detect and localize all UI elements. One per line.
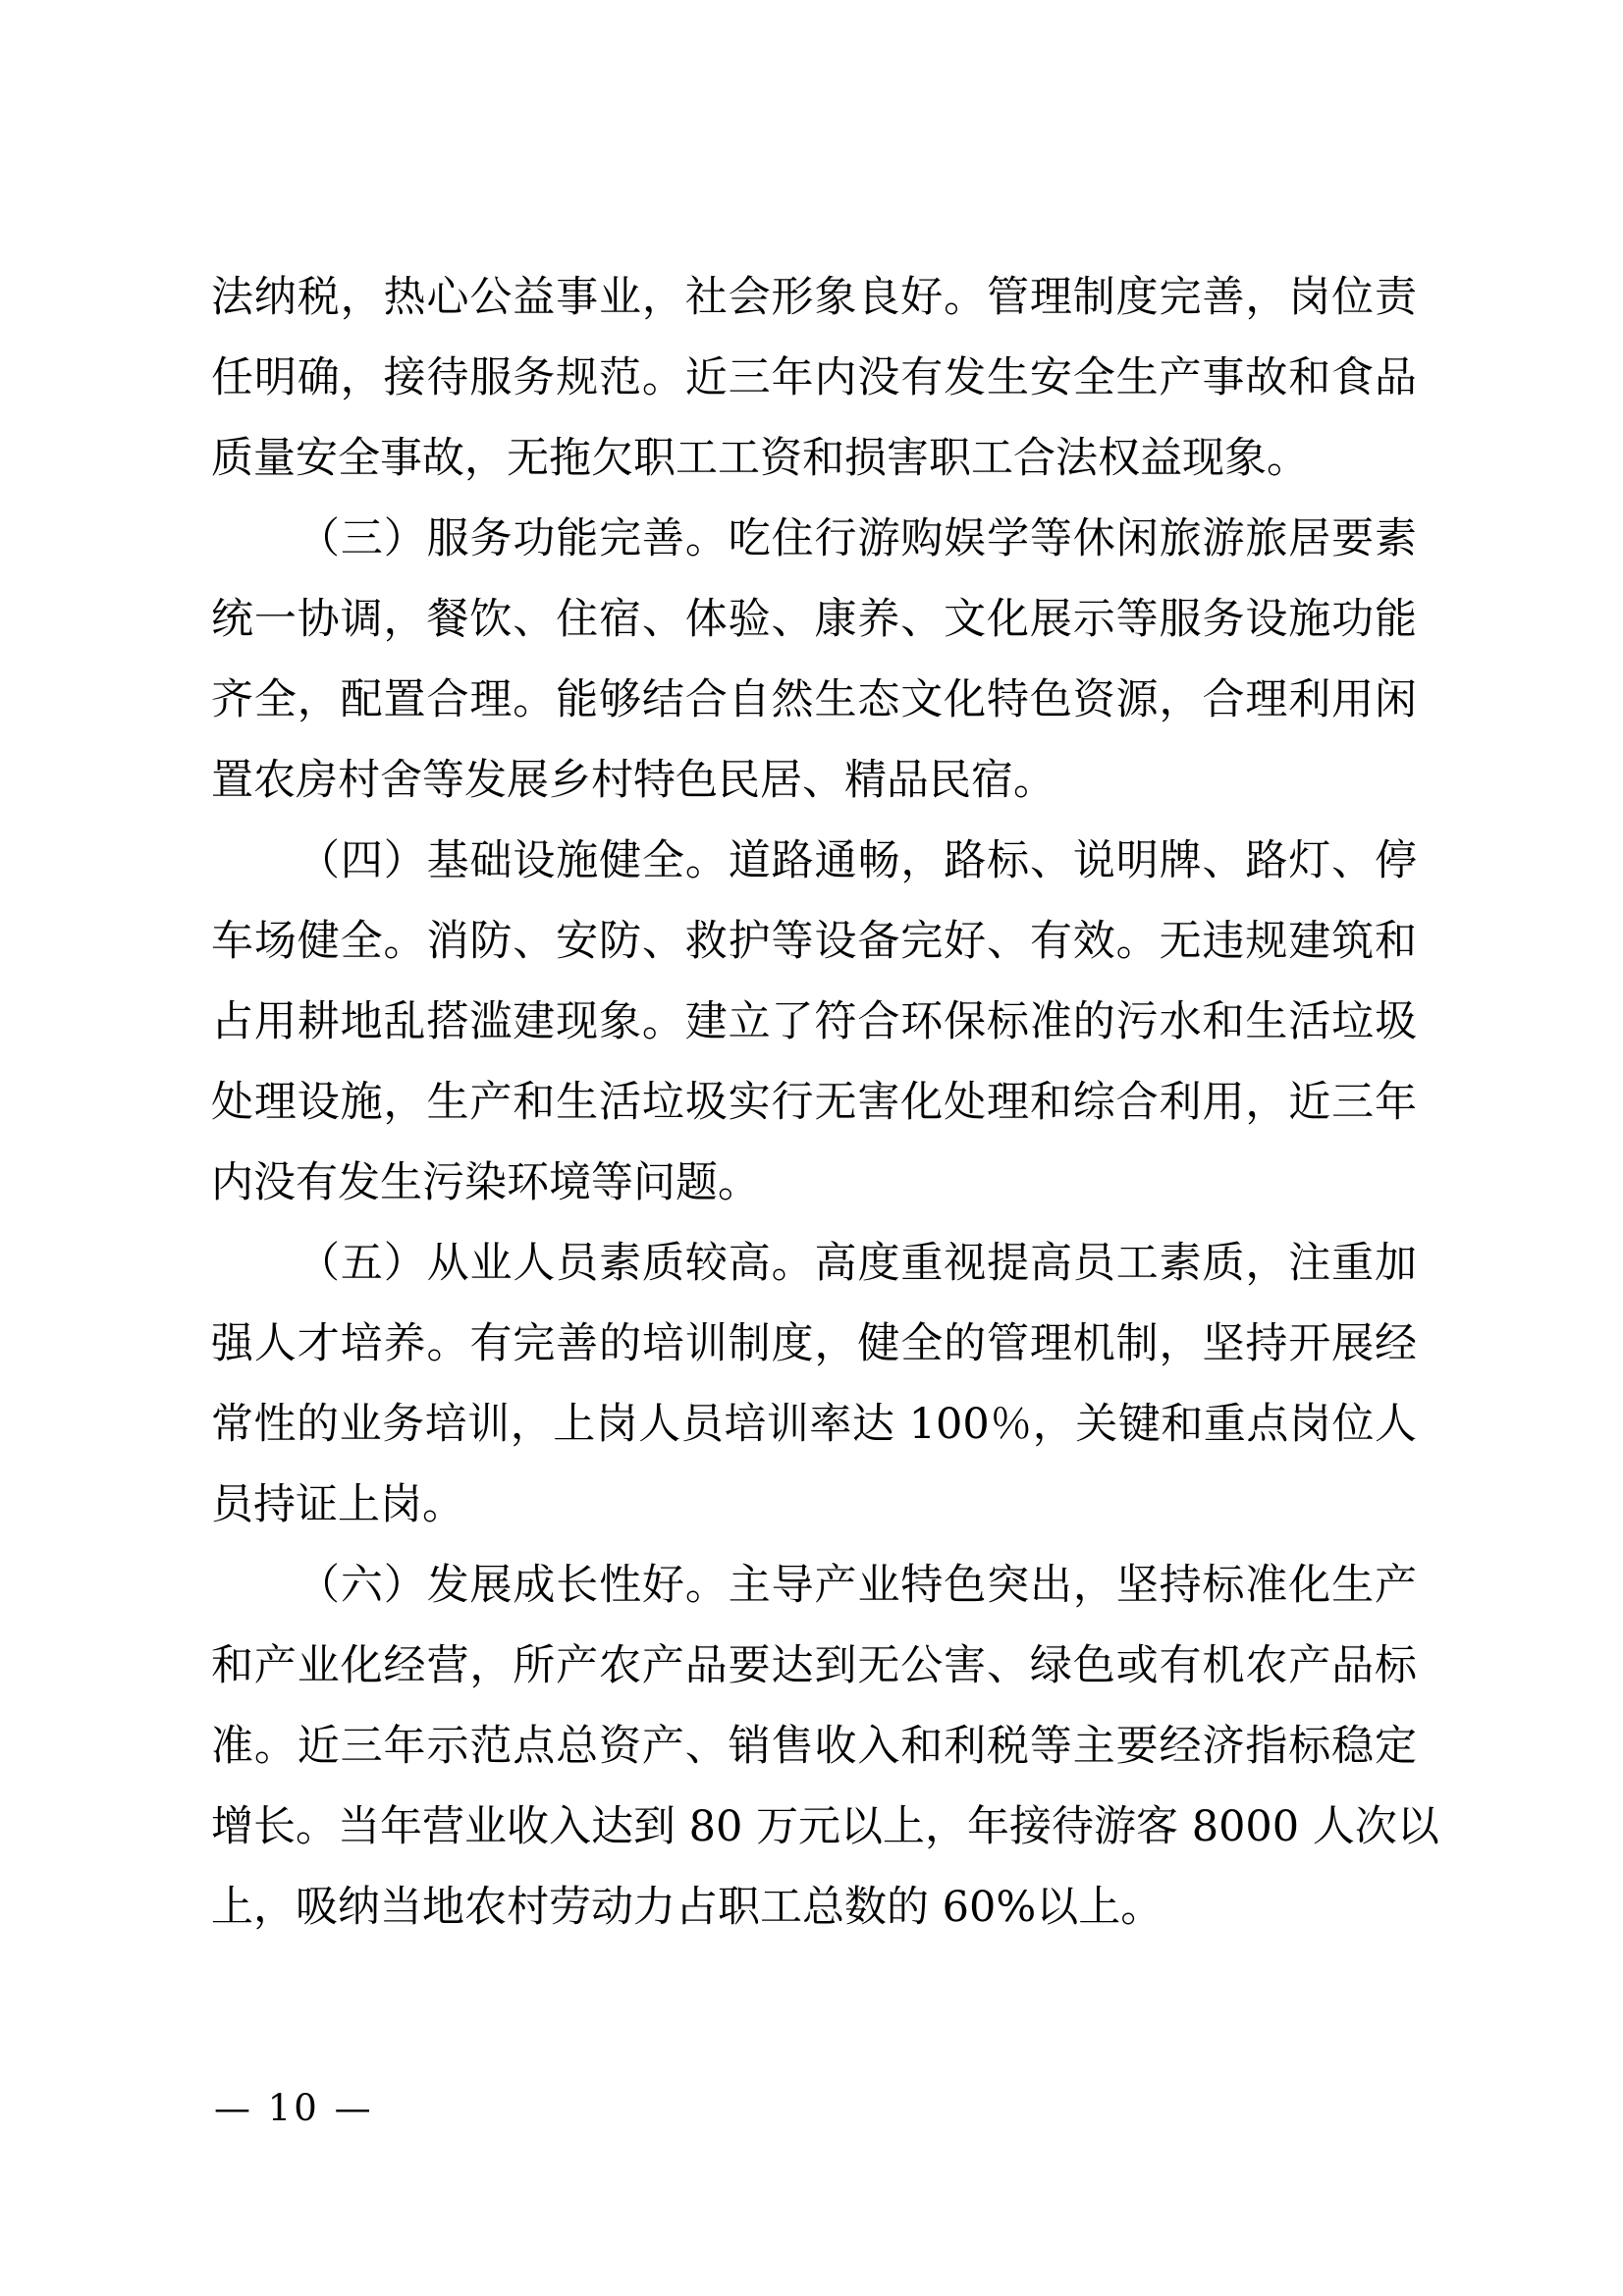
text-line-4: （三）服务功能完善。吃住行游购娱学等休闲旅游旅居要素: [211, 499, 1417, 579]
text-line-2: 任明确，接待服务规范。近三年内没有发生安全生产事故和食品: [211, 338, 1417, 418]
text-line-19: 准。近三年示范点总资产、销售收入和利税等主要经济指标稳定: [211, 1706, 1417, 1787]
text-line-21: 上，吸纳当地农村劳动力占职工总数的 60%以上。: [211, 1867, 1417, 1948]
text-line-20: 增长。当年营业收入达到 80 万元以上，年接待游客 8000 人次以: [211, 1787, 1417, 1867]
text-line-11: 处理设施，生产和生活垃圾实行无害化处理和综合利用，近三年: [211, 1062, 1417, 1143]
text-line-5: 统一协调，餐饮、住宿、体验、康养、文化展示等服务设施功能: [211, 579, 1417, 660]
text-line-14: 强人才培养。有完善的培训制度，健全的管理机制，坚持开展经: [211, 1304, 1417, 1384]
page-number: — 10 —: [214, 2087, 374, 2129]
text-line-12: 内没有发生污染环境等问题。: [211, 1143, 1417, 1223]
document-body: 法纳税，热心公益事业，社会形象良好。管理制度完善，岗位责任明确，接待服务规范。近…: [211, 257, 1417, 1948]
text-line-10: 占用耕地乱搭滥建现象。建立了符合环保标准的污水和生活垃圾: [211, 982, 1417, 1062]
text-line-9: 车场健全。消防、安防、救护等设备完好、有效。无违规建筑和: [211, 901, 1417, 982]
page-footer: — 10 —: [214, 2087, 374, 2130]
text-line-18: 和产业化经营，所产农产品要达到无公害、绿色或有机农产品标: [211, 1626, 1417, 1706]
text-line-7: 置农房村舍等发展乡村特色民居、精品民宿。: [211, 740, 1417, 821]
text-line-3: 质量安全事故，无拖欠职工工资和损害职工合法权益现象。: [211, 418, 1417, 499]
text-line-17: （六）发展成长性好。主导产业特色突出，坚持标准化生产: [211, 1545, 1417, 1626]
text-line-6: 齐全，配置合理。能够结合自然生态文化特色资源，合理利用闲: [211, 660, 1417, 740]
text-line-16: 员持证上岗。: [211, 1465, 1417, 1545]
text-line-1: 法纳税，热心公益事业，社会形象良好。管理制度完善，岗位责: [211, 257, 1417, 338]
text-line-15: 常性的业务培训，上岗人员培训率达 100％，关键和重点岗位人: [211, 1384, 1417, 1465]
text-line-13: （五）从业人员素质较高。高度重视提高员工素质，注重加: [211, 1223, 1417, 1304]
text-line-8: （四）基础设施健全。道路通畅，路标、说明牌、路灯、停: [211, 821, 1417, 901]
document-page: 法纳税，热心公益事业，社会形象良好。管理制度完善，岗位责任明确，接待服务规范。近…: [0, 0, 1623, 2296]
